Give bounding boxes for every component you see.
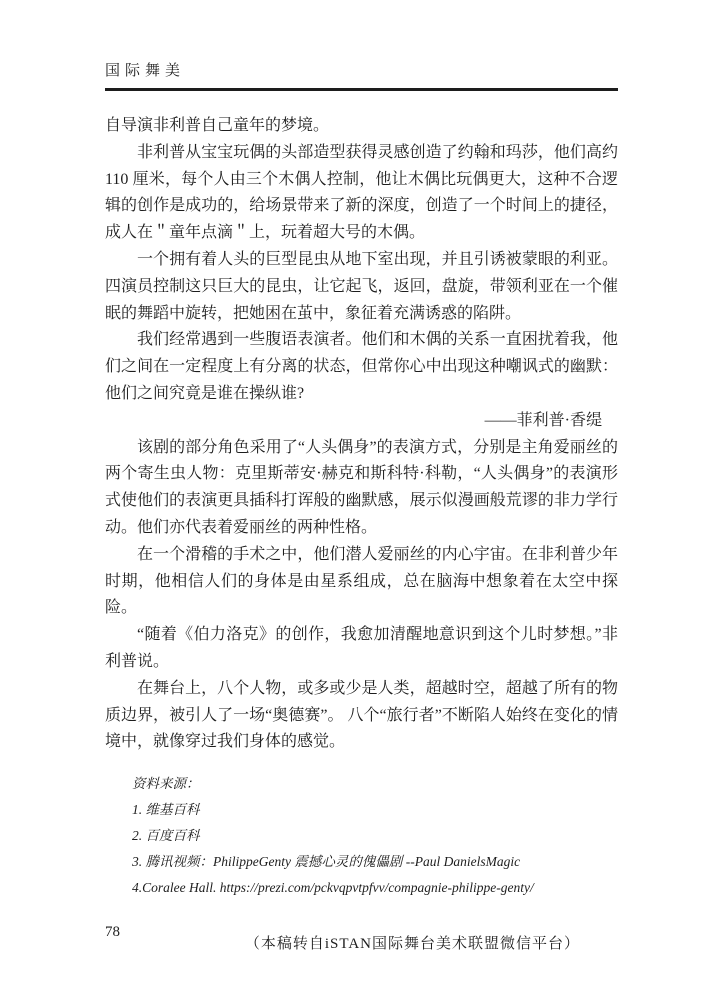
source-item: 2. 百度百科 bbox=[132, 823, 618, 849]
sources-label: 资料来源： bbox=[132, 771, 618, 797]
paragraph: 一个拥有着人头的巨型昆虫从地下室出现，并且引诱被蒙眼的利亚。四演员控制这只巨大的… bbox=[105, 247, 618, 327]
source-item: 3. 腾讯视频：PhilippeGenty 震撼心灵的傀儡剧 --Paul Da… bbox=[132, 849, 618, 875]
sources-list: 1. 维基百科2. 百度百科3. 腾讯视频：PhilippeGenty 震撼心灵… bbox=[132, 797, 618, 901]
paragraph: 我们经常遇到一些腹语表演者。他们和木偶的关系一直困扰着我，他们之间在一定程度上有… bbox=[105, 327, 618, 407]
document-page: 国际舞美 自导演非利普自己童年的梦境。非利普从宝宝玩偶的头部造型获得灵感创造了约… bbox=[0, 0, 722, 1005]
page-header: 国际舞美 bbox=[105, 62, 618, 91]
paragraph: 该剧的部分角色采用了“人头偶身”的表演方式，分别是主角爱丽丝的两个寄生虫人物：克… bbox=[105, 435, 618, 542]
paragraph: 在舞台上，八个人物，或多或少是人类，超越时空，超越了所有的物质边界，被引人了一场… bbox=[105, 676, 618, 756]
page-number: 78 bbox=[105, 924, 120, 941]
paragraph: “随着《伯力洛克》的创作，我愈加清醒地意识到这个儿时梦想。”非利普说。 bbox=[105, 622, 618, 676]
sources-section: 资料来源： 1. 维基百科2. 百度百科3. 腾讯视频：PhilippeGent… bbox=[132, 771, 618, 901]
article-body: 自导演非利普自己童年的梦境。非利普从宝宝玩偶的头部造型获得灵感创造了约翰和玛莎，… bbox=[105, 113, 618, 756]
paragraph: 自导演非利普自己童年的梦境。 bbox=[105, 113, 618, 140]
paragraph: 非利普从宝宝玩偶的头部造型获得灵感创造了约翰和玛莎，他们高约 110 厘米，每个… bbox=[105, 140, 618, 247]
source-item: 1. 维基百科 bbox=[132, 797, 618, 823]
header-rule bbox=[105, 88, 618, 91]
footnote: （本稿转自iSTAN国际舞台美术联盟微信平台） bbox=[105, 932, 618, 953]
source-item: 4.Coralee Hall. https://prezi.com/pckvqp… bbox=[132, 875, 618, 901]
attribution-line: ——菲利普·香缇 bbox=[105, 408, 618, 435]
page-content: 国际舞美 自导演非利普自己童年的梦境。非利普从宝宝玩偶的头部造型获得灵感创造了约… bbox=[105, 62, 618, 953]
page-header-title: 国际舞美 bbox=[105, 62, 618, 88]
paragraph: 在一个滑稽的手术之中，他们潜人爱丽丝的内心宇宙。在非利普少年时期，他相信人们的身… bbox=[105, 542, 618, 622]
